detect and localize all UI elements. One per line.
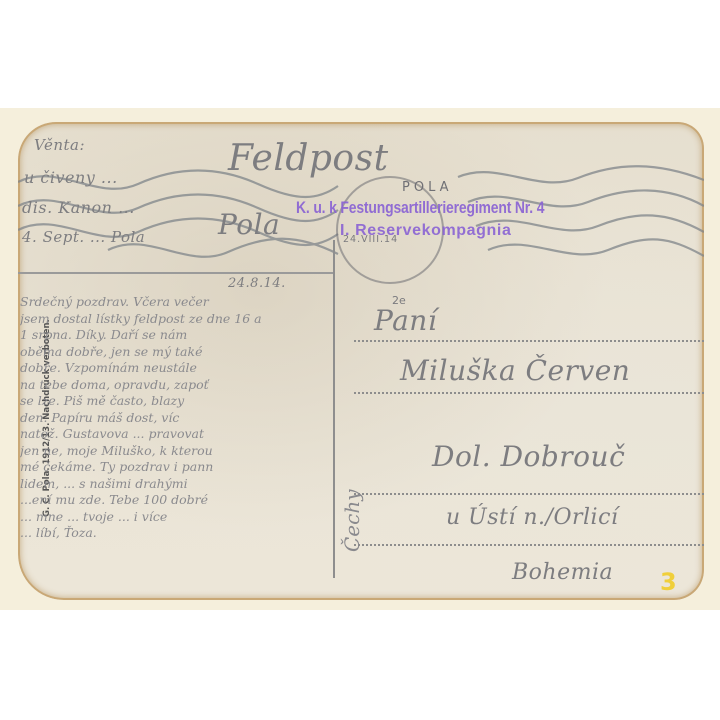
postcard: POLA 24.VIII.14 2e Feldpost Pola Věnta: …	[18, 122, 704, 600]
message-line: natož. Gustavova ... pravovat	[20, 426, 330, 443]
address-line-3	[354, 493, 704, 495]
message-line: ...ení mu zde. Tebe 100 dobré	[20, 492, 330, 509]
message-line: ... líbí, Ťoza.	[20, 525, 330, 542]
sheet-number: 3	[660, 568, 677, 596]
address-village: Dol. Dobrouč	[432, 440, 625, 473]
message-line: Srdečný pozdrav. Včera večer	[20, 294, 330, 311]
sender-note-3: dis. Kanon ...	[22, 198, 135, 217]
message-line: mé čekáme. Ty pozdrav i pann	[20, 459, 330, 476]
region-vertical-note: Čechy	[340, 489, 364, 552]
message-line: dobře. Vzpomínám neustále	[20, 360, 330, 377]
message-line: oběma dobře, jen se mý také	[20, 344, 330, 361]
address-salutation: Paní	[374, 304, 437, 337]
regiment-stamp-line1: K. u. k Festungsartillerieregiment Nr. 4	[296, 198, 544, 218]
message-line: ... mne ... tvoje ... i více	[20, 509, 330, 526]
message-line: na tebe doma, opravdu, zapoť	[20, 377, 330, 394]
message-line: den. Papíru máš dost, víc	[20, 410, 330, 427]
address-name: Miluška Červen	[400, 354, 630, 387]
message-line: 1 srpna. Díky. Daří se nám	[20, 327, 330, 344]
message-top-rule	[18, 272, 334, 274]
message-line: jen ne, moje Miluško, k kterou	[20, 443, 330, 460]
sender-note-2: u čiveny ...	[24, 168, 118, 187]
address-line-2	[354, 392, 704, 394]
address-town: u Ústí n./Orlicí	[446, 505, 618, 530]
feldpost-label: Feldpost	[228, 138, 389, 179]
message-line: jsem dostal lístky feldpost ze dne 16 a	[20, 311, 330, 328]
message-date: 24.8.14.	[228, 276, 286, 291]
postmark-city: POLA	[402, 180, 453, 195]
place-label: Pola	[218, 208, 280, 241]
address-country: Bohemia	[512, 560, 613, 585]
message-line: se lze. Piš mě často, blazy	[20, 393, 330, 410]
address-line-4	[354, 544, 704, 546]
sender-note-4: 4. Sept. ... Pola	[22, 228, 145, 246]
regiment-stamp-line2: I. Reservekompagnia	[340, 222, 511, 240]
center-divider	[333, 240, 335, 578]
message-body: Srdečný pozdrav. Včera večer jsem dostal…	[20, 294, 330, 542]
message-line: lidem, ... s našimi drahými	[20, 476, 330, 493]
sender-note-1: Věnta:	[34, 136, 85, 154]
address-line-1	[354, 340, 704, 342]
